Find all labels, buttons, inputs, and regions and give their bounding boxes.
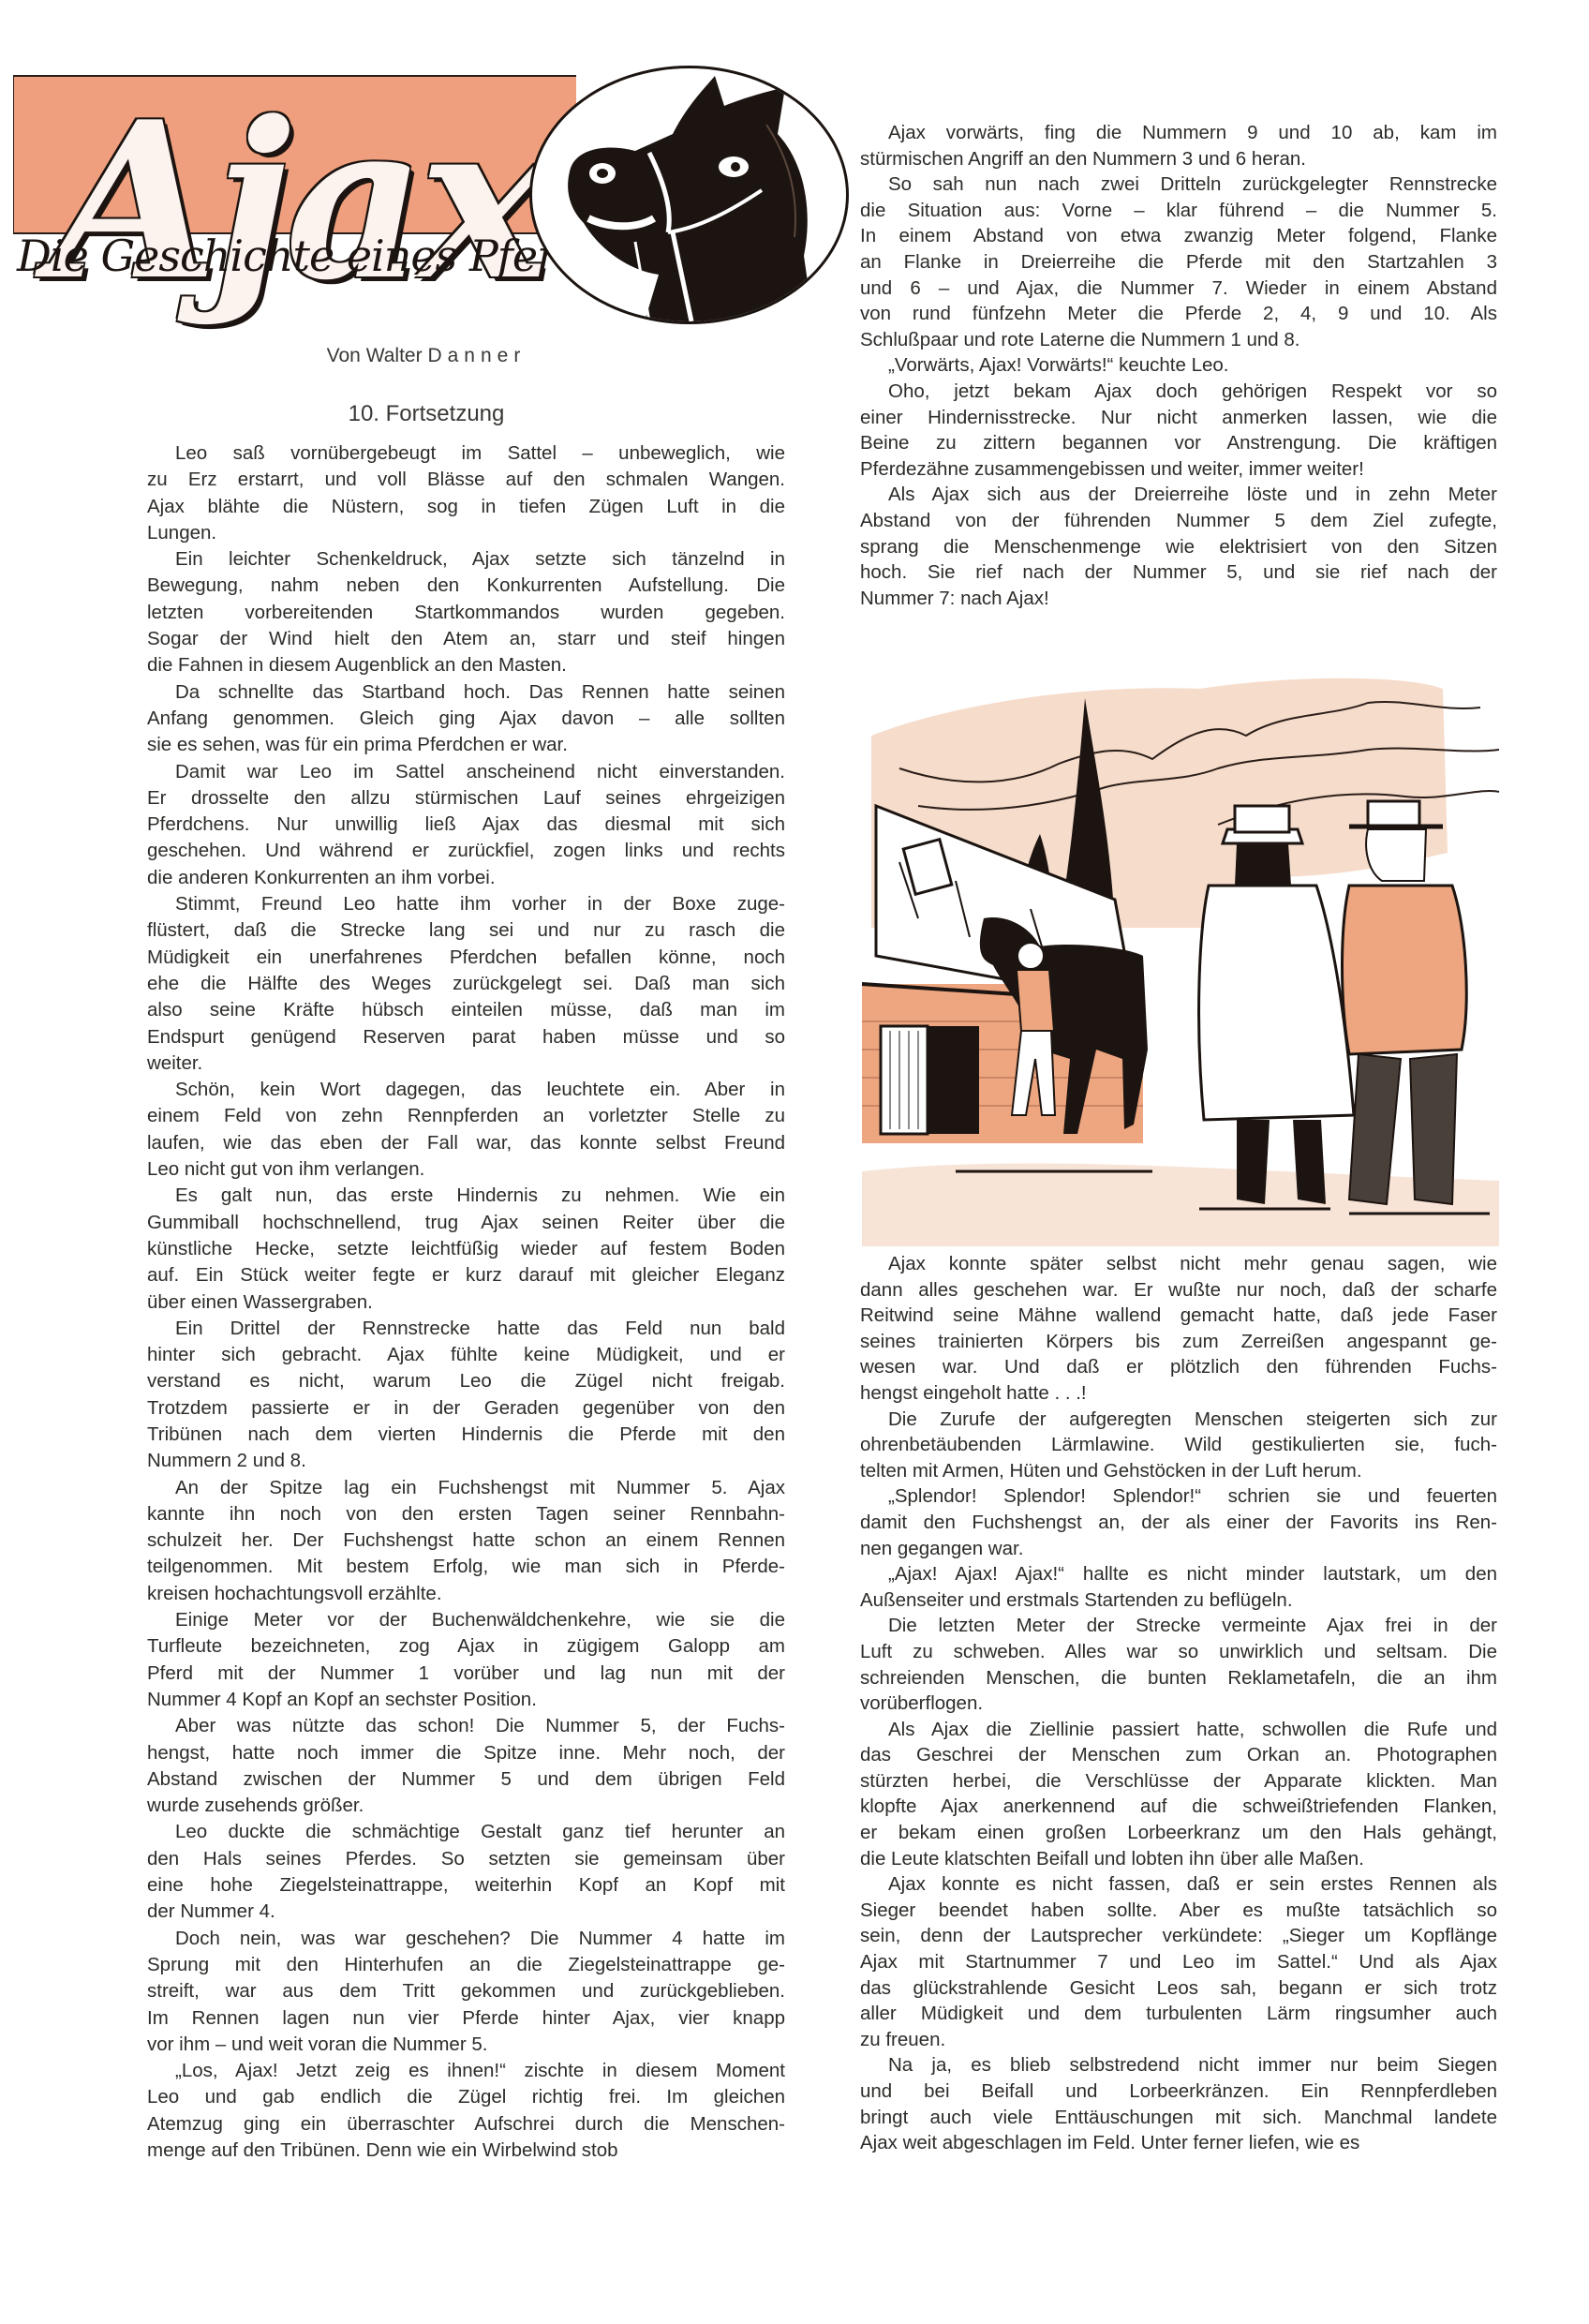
paragraph: Damit war Leo im Sattel anscheinend nich… [147,759,785,891]
text-line: und bei Beifall und Lorbeerkränzen. Ein … [860,2078,1497,2105]
text-line: hengst eingeholt hatte . . .! [860,1380,1497,1407]
text-line: Na ja, es blieb selbstredend nicht immer… [860,2052,1497,2078]
text-line: Sprung mit den Hinterhufen an die Ziegel… [147,1952,785,1978]
text-line: Ajax mit Startnummer 7 und Leo im Sattel… [860,1949,1497,1975]
byline-prefix: Von Walter [327,345,428,366]
text-line: einem Feld von zehn Rennpferden an vorle… [147,1103,785,1129]
text-line: Die Zurufe der aufgeregten Menschen stei… [860,1407,1497,1433]
text-line: Es galt nun, das erste Hindernis zu nehm… [147,1183,785,1209]
text-line: nen gegangen war. [860,1536,1497,1562]
text-line: Müdigkeit ein unerfahrenes Pferdchen bef… [147,945,785,971]
text-line: Nummer 7: nach Ajax! [860,586,1497,612]
text-line: über einen Wassergraben. [147,1289,785,1316]
paragraph: Ein Drittel der Rennstrecke hatte das Fe… [147,1316,785,1475]
text-line: Abstand zwischen der Nummer 5 und dem üb… [147,1766,785,1793]
text-line: So sah nun nach zwei Dritteln zurückgele… [860,171,1497,198]
text-line: Nummer 4 Kopf an Kopf an sechster Positi… [147,1687,785,1713]
text-line: aller Müdigkeit und dem turbulenten Lärm… [860,2001,1497,2027]
text-line: flüstert, daß die Strecke lang sei und n… [147,917,785,944]
text-line: eine hohe Ziegelsteinattrappe, weiterhin… [147,1872,785,1899]
text-line: Aber was nützte das schon! Die Nummer 5,… [147,1713,785,1739]
right-text-column-top: Ajax vorwärts, fing die Nummern 9 und 10… [860,120,1497,611]
text-line: Stimmt, Freund Leo hatte ihm vorher in d… [147,891,785,917]
text-line: Schön, kein Wort dagegen, das leuchtete … [147,1077,785,1103]
text-line: zu Erz erstarrt, und voll Blässe auf den… [147,467,785,493]
chapter-heading: 10. Fortsetzung [0,401,853,427]
text-line: schulzeit her. Der Fuchshengst hatte sch… [147,1527,785,1554]
text-line: Anfang genommen. Gleich ging Ajax davon … [147,706,785,732]
paragraph: Es galt nun, das erste Hindernis zu nehm… [147,1183,785,1315]
text-line: vor ihm – und weit voran die Nummer 5. [147,2032,785,2058]
text-line: verstand es nicht, warum Leo die Zügel n… [147,1368,785,1394]
text-line: stürzten herbei, die Verschlüsse der App… [860,1768,1497,1795]
text-line: sie es sehen, was für ein prima Pferdche… [147,732,785,758]
text-line: Als Ajax die Ziellinie passiert hatte, s… [860,1717,1497,1743]
text-line: Pferdchens. Nur unwillig ließ Ajax das d… [147,812,785,838]
text-line: Reitwind seine Mähne wallend gemacht hat… [860,1303,1497,1329]
text-line: „Los, Ajax! Jetzt zeig es ihnen!“ zischt… [147,2058,785,2084]
text-line: Leo saß vornübergebeugt im Sattel – unbe… [147,440,785,467]
text-line: das Geschrei der Menschen zum Orkan an. … [860,1742,1497,1768]
text-line: Leo und gab endlich die Zügel richtig fr… [147,2084,785,2110]
text-line: künstliche Hecke, setzte leichtfüßig wie… [147,1236,785,1262]
text-line: Pferd mit der Nummer 1 vorüber und lag n… [147,1661,785,1687]
text-line: Leo nicht gut von ihm verlangen. [147,1156,785,1183]
paragraph: Einige Meter vor der Buchenwäldchenkehre… [147,1607,785,1713]
stable-scene-illustration [843,647,1518,1256]
text-line: er bekam einen großen Lorbeerkranz um de… [860,1820,1497,1846]
text-line: kreisen hochachtungsvoll erzählte. [147,1581,785,1607]
text-line: schreienden Menschen, die bunten Reklame… [860,1665,1497,1691]
text-line: dann alles geschehen war. Er wußte nur n… [860,1277,1497,1304]
paragraph: Die letzten Meter der Strecke vermeinte … [860,1613,1497,1716]
text-line: hinter sich gebracht. Ajax fühlte keine … [147,1342,785,1368]
right-text-column-bottom: Ajax konnte später selbst nicht mehr gen… [860,1251,1497,2156]
paragraph: Stimmt, Freund Leo hatte ihm vorher in d… [147,891,785,1077]
paragraph: „Ajax! Ajax! Ajax!“ hallte es nicht mind… [860,1561,1497,1613]
text-line: Nummern 2 und 8. [147,1448,785,1474]
text-line: weiter. [147,1050,785,1077]
text-line: Schlußpaar und rote Laterne die Nummern … [860,327,1497,353]
text-line: Ein leichter Schenkeldruck, Ajax setzte … [147,546,785,573]
text-line: wesen war. Und daß er plötzlich den führ… [860,1354,1497,1380]
text-line: Da schnellte das Startband hoch. Das Ren… [147,679,785,706]
byline: Von Walter Danner [0,345,853,367]
left-text-column: Leo saß vornübergebeugt im Sattel – unbe… [147,440,785,2164]
text-line: die Leute klatschten Beifall und lobten … [860,1846,1497,1872]
text-line: kannte ihn noch von den ersten Tagen sei… [147,1501,785,1527]
text-line: die anderen Konkurrenten an ihm vorbei. [147,865,785,891]
text-line: Ajax vorwärts, fing die Nummern 9 und 10… [860,120,1497,146]
text-line: die Situation aus: Vorne – klar führend … [860,198,1497,224]
text-line: Oho, jetzt bekam Ajax doch gehörigen Res… [860,379,1497,405]
text-line: Ajax weit abgeschlagen im Feld. Unter fe… [860,2130,1497,2156]
text-line: Damit war Leo im Sattel anscheinend nich… [147,759,785,785]
title-band: Ajax [13,75,576,234]
text-line: Tribünen nach dem vierten Hindernis die … [147,1422,785,1448]
text-line: Endspurt genügend Reserven parat haben m… [147,1024,785,1050]
text-line: Ajax konnte es nicht fassen, daß er sein… [860,1871,1497,1898]
paragraph: Ajax konnte später selbst nicht mehr gen… [860,1251,1497,1407]
paragraph: „Los, Ajax! Jetzt zeig es ihnen!“ zischt… [147,2058,785,2164]
text-line: an Flanke in Dreierreihe die Pferde mit … [860,249,1497,276]
text-line: von rund fünfzehn Meter die Pferde 2, 4,… [860,301,1497,327]
paragraph: An der Spitze lag ein Fuchshengst mit Nu… [147,1475,785,1607]
text-line: Ajax blähte die Nüstern, sog in tiefen Z… [147,494,785,520]
text-line: und 6 – und Ajax, die Nummer 7. Wieder i… [860,276,1497,302]
text-line: Atemzug ging ein überraschter Aufschrei … [147,2111,785,2138]
paragraph: Leo saß vornübergebeugt im Sattel – unbe… [147,440,785,546]
text-line: Turfleute bezeichneten, zog Ajax in zügi… [147,1633,785,1660]
text-line: menge auf den Tribünen. Denn wie ein Wir… [147,2138,785,2164]
paragraph: Da schnellte das Startband hoch. Das Ren… [147,679,785,759]
text-line: streift, war aus dem Tritt gekommen und … [147,1978,785,2004]
paragraph: „Splendor! Splendor! Splendor!“ schrien … [860,1483,1497,1561]
text-line: Lungen. [147,520,785,546]
text-line: wurde zusehends größer. [147,1793,785,1819]
text-line: Sieger beendet haben sollte. Aber es muß… [860,1898,1497,1924]
text-line: Abstand von der führenden Nummer 5 dem Z… [860,508,1497,534]
paragraph: So sah nun nach zwei Dritteln zurückgele… [860,171,1497,352]
paragraph: Ein leichter Schenkeldruck, Ajax setzte … [147,546,785,678]
text-line: letzten vorbereitenden Startkommandos wu… [147,600,785,626]
text-line: „Vorwärts, Ajax! Vorwärts!“ keuchte Leo. [860,352,1497,379]
text-line: den Hals seines Pferdes. So setzten sie … [147,1846,785,1872]
text-line: vorüberflogen. [860,1691,1497,1717]
text-line: Außenseiter und erstmals Startenden zu b… [860,1587,1497,1614]
paragraph: Leo duckte die schmächtige Gestalt ganz … [147,1819,785,1925]
horse-head-icon [529,66,849,324]
paragraph: Als Ajax sich aus der Dreierreihe löste … [860,482,1497,611]
text-line: der Nummer 4. [147,1899,785,1925]
text-line: zu freuen. [860,2027,1497,2053]
text-line: Trotzdem passierte er in der Geraden geg… [147,1395,785,1422]
text-line: In einem Abstand von etwa zwanzig Meter … [860,223,1497,249]
paragraph: Als Ajax die Ziellinie passiert hatte, s… [860,1717,1497,1872]
text-line: Ajax konnte später selbst nicht mehr gen… [860,1251,1497,1277]
text-line: Er drosselte den allzu stürmischen Lauf … [147,785,785,812]
text-line: ehe die Hälfte des Weges zurückgelegt se… [147,971,785,997]
paragraph: Die Zurufe der aufgeregten Menschen stei… [860,1407,1497,1484]
text-line: Leo duckte die schmächtige Gestalt ganz … [147,1819,785,1845]
text-line: Doch nein, was war geschehen? Die Nummer… [147,1926,785,1952]
text-line: geschehen. Und während er zurückfiel, zo… [147,838,785,864]
paragraph: Aber was nützte das schon! Die Nummer 5,… [147,1713,785,1819]
text-line: auf. Ein Stück weiter fegte er kurz dara… [147,1262,785,1289]
text-line: „Ajax! Ajax! Ajax!“ hallte es nicht mind… [860,1561,1497,1587]
text-line: damit den Fuchshengst an, der als einer … [860,1510,1497,1536]
text-line: sprang die Menschenmenge wie elektrisier… [860,534,1497,560]
text-line: also seine Kräfte hübsch einteilen müsse… [147,997,785,1023]
text-line: klopfte Ajax anerkennend auf die schweiß… [860,1794,1497,1820]
text-line: Als Ajax sich aus der Dreierreihe löste … [860,482,1497,508]
text-line: ohrenbetäubenden Lärmlawine. Wild gestik… [860,1432,1497,1458]
text-line: hengst, hatte noch immer die Spitze inne… [147,1740,785,1766]
text-line: seines trainierten Körpers bis zum Zerre… [860,1329,1497,1355]
paragraph: „Vorwärts, Ajax! Vorwärts!“ keuchte Leo. [860,352,1497,379]
text-line: sein, denn der Lautsprecher verkündete: … [860,1923,1497,1949]
text-line: Pferdezähne zusammengebissen und weiter,… [860,456,1497,483]
text-line: stürmischen Angriff an den Nummern 3 und… [860,146,1497,172]
text-line: An der Spitze lag ein Fuchshengst mit Nu… [147,1475,785,1501]
text-line: Luft zu schweben. Alles war so unwirklic… [860,1639,1497,1665]
text-line: telten mit Armen, Hüten und Gehstöcken i… [860,1458,1497,1484]
text-line: bringt auch viele Enttäuschungen mit sic… [860,2105,1497,2131]
text-line: teilgenommen. Mit bestem Erfolg, wie man… [147,1554,785,1580]
text-line: Einige Meter vor der Buchenwäldchenkehre… [147,1607,785,1633]
text-line: laufen, wie das eben der Fall war, das k… [147,1130,785,1156]
paragraph: Oho, jetzt bekam Ajax doch gehörigen Res… [860,379,1497,482]
text-line: Ein Drittel der Rennstrecke hatte das Fe… [147,1316,785,1342]
paragraph: Ajax vorwärts, fing die Nummern 9 und 10… [860,120,1497,171]
text-line: Die letzten Meter der Strecke vermeinte … [860,1613,1497,1639]
text-line: Gummiball hochschnellend, trug Ajax sein… [147,1210,785,1236]
paragraph: Ajax konnte es nicht fassen, daß er sein… [860,1871,1497,2052]
text-line: „Splendor! Splendor! Splendor!“ schrien … [860,1483,1497,1510]
text-line: einer Hindernisstrecke. Nur nicht anmerk… [860,405,1497,431]
paragraph: Na ja, es blieb selbstredend nicht immer… [860,2052,1497,2155]
text-line: Bewegung, nahm neben den Konkurrenten Au… [147,573,785,599]
text-line: Beine zu zittern begannen vor Anstrengun… [860,430,1497,456]
text-line: das glückstrahlende Gesicht Leos sah, be… [860,1975,1497,2002]
text-line: Im Rennen lagen nun vier Pferde hinter A… [147,2005,785,2032]
paragraph: Doch nein, was war geschehen? Die Nummer… [147,1926,785,2058]
paragraph: Schön, kein Wort dagegen, das leuchtete … [147,1077,785,1183]
text-line: hoch. Sie rief nach der Nummer 5, und si… [860,559,1497,586]
text-line: Sogar der Wind hielt den Atem an, starr … [147,626,785,652]
author-name: Danner [427,345,526,366]
text-line: die Fahnen in diesem Augenblick an den M… [147,652,785,678]
